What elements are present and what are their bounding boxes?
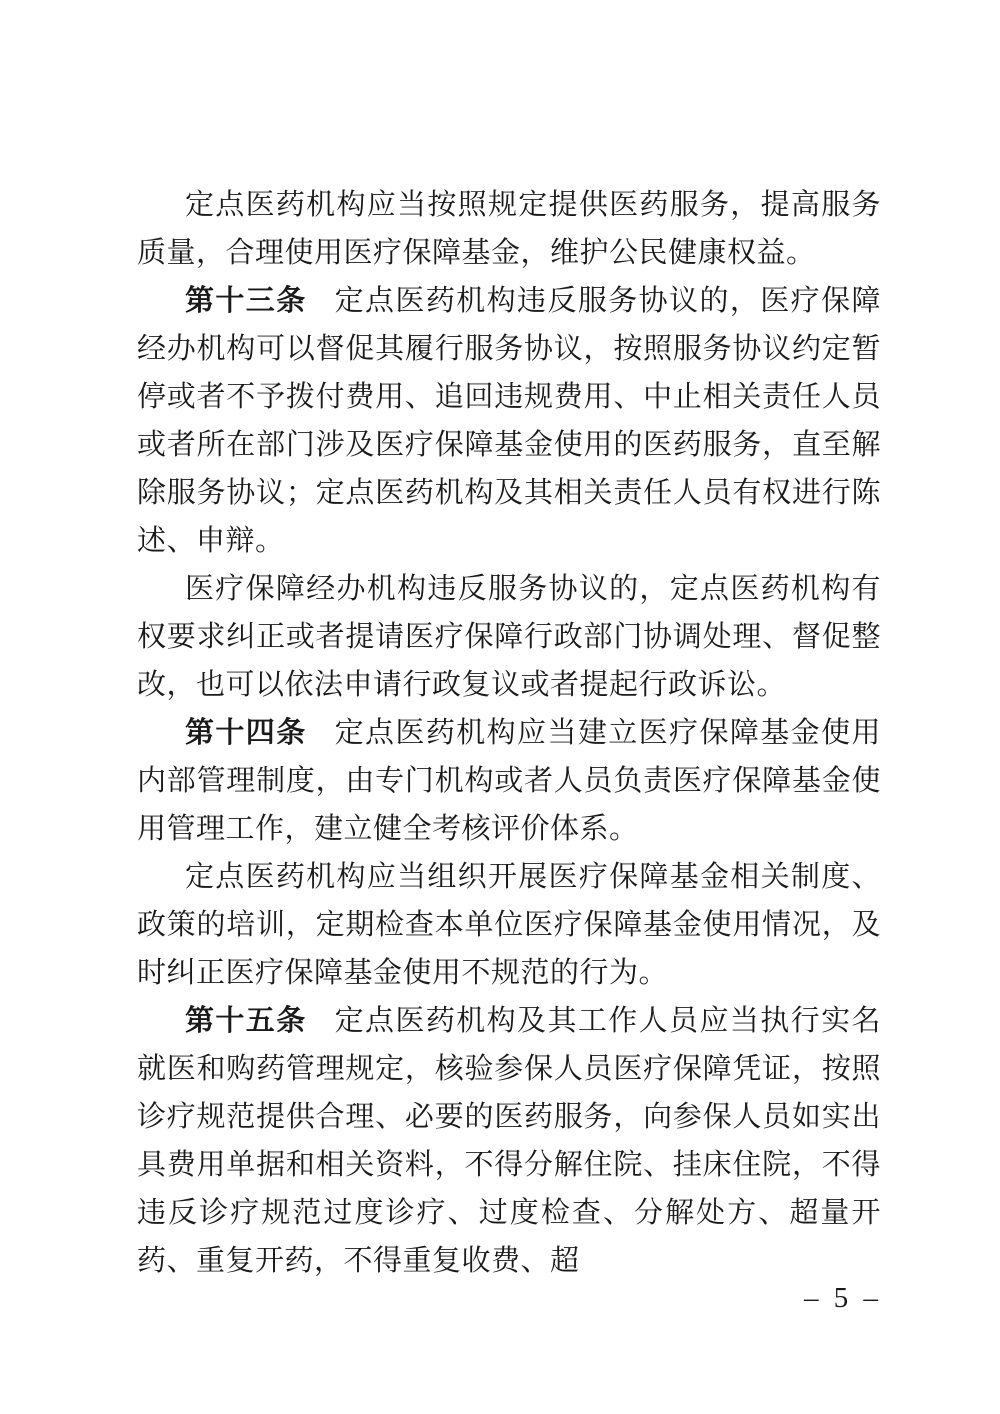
article-number: 第十五条 bbox=[185, 1005, 307, 1037]
paragraph-text: 定点医药机构应当组织开展医疗保障基金相关制度、政策的培训，定期检查本单位医疗保障… bbox=[137, 861, 881, 989]
paragraph-text: 医疗保障经办机构违反服务协议的，定点医药机构有权要求纠正或者提请医疗保障行政部门… bbox=[137, 573, 881, 701]
document-body: 定点医药机构应当按照规定提供医药服务，提高服务质量，合理使用医疗保障基金，维护公… bbox=[137, 181, 881, 1285]
paragraph: 第十四条定点医药机构应当建立医疗保障基金使用内部管理制度，由专门机构或者人员负责… bbox=[137, 709, 881, 853]
paragraph: 定点医药机构应当按照规定提供医药服务，提高服务质量，合理使用医疗保障基金，维护公… bbox=[137, 181, 881, 277]
paragraph: 第十五条定点医药机构及其工作人员应当执行实名就医和购药管理规定，核验参保人员医疗… bbox=[137, 997, 881, 1285]
paragraph: 第十三条定点医药机构违反服务协议的，医疗保障经办机构可以督促其履行服务协议，按照… bbox=[137, 277, 881, 565]
paragraph: 医疗保障经办机构违反服务协议的，定点医药机构有权要求纠正或者提请医疗保障行政部门… bbox=[137, 565, 881, 709]
paragraph-text: 定点医药机构及其工作人员应当执行实名就医和购药管理规定，核验参保人员医疗保障凭证… bbox=[137, 1005, 881, 1277]
document-page: 定点医药机构应当按照规定提供医药服务，提高服务质量，合理使用医疗保障基金，维护公… bbox=[0, 0, 1000, 1414]
article-number: 第十四条 bbox=[185, 717, 307, 749]
paragraph: 定点医药机构应当组织开展医疗保障基金相关制度、政策的培训，定期检查本单位医疗保障… bbox=[137, 853, 881, 997]
article-number: 第十三条 bbox=[185, 285, 307, 317]
paragraph-text: 定点医药机构违反服务协议的，医疗保障经办机构可以督促其履行服务协议，按照服务协议… bbox=[137, 285, 881, 557]
page-number: – 5 – bbox=[804, 1282, 879, 1314]
paragraph-text: 定点医药机构应当按照规定提供医药服务，提高服务质量，合理使用医疗保障基金，维护公… bbox=[137, 189, 881, 269]
